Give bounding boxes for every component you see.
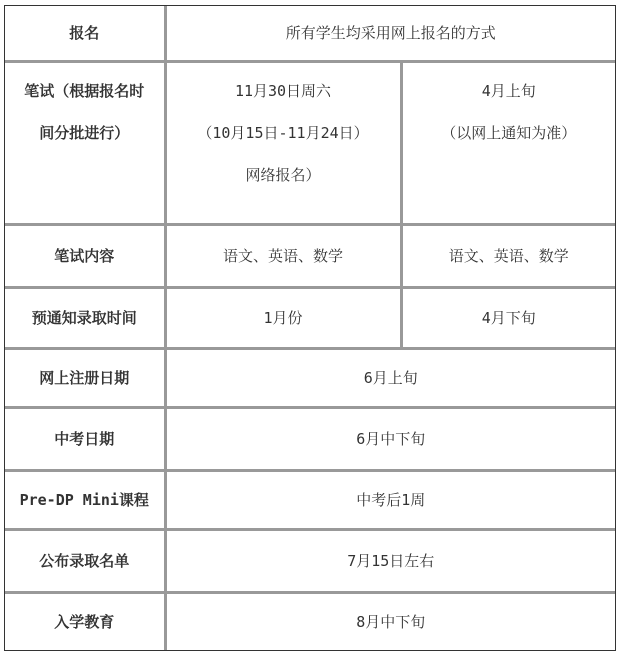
schedule-table: 报名 所有学生均采用网上报名的方式 笔试（根据报名时间分批进行） 11月30日周…: [5, 6, 615, 650]
row-zhongkao-date: 中考日期 6月中下旬: [5, 408, 615, 471]
row-prenotice-admission: 预通知录取时间 1月份 4月下旬: [5, 288, 615, 349]
batch1-line-1: 11月30日周六: [169, 79, 398, 103]
row-written-test-batch1: 11月30日周六 （10月15日-11月24日） 网络报名）: [165, 62, 401, 225]
row-predp-mini-course-label: Pre-DP Mini课程: [5, 471, 165, 530]
row-signup-value: 所有学生均采用网上报名的方式: [165, 6, 615, 62]
row-prenotice-admission-label: 预通知录取时间: [5, 288, 165, 349]
batch1-line-2: （10月15日-11月24日）: [169, 121, 398, 145]
row-written-test-label: 笔试（根据报名时间分批进行）: [5, 62, 165, 225]
row-enrollment-education-value: 8月中下旬: [165, 593, 615, 651]
row-signup: 报名 所有学生均采用网上报名的方式: [5, 6, 615, 62]
row-prenotice-admission-batch2: 4月下旬: [401, 288, 615, 349]
row-online-registration: 网上注册日期 6月上旬: [5, 349, 615, 408]
row-zhongkao-date-value: 6月中下旬: [165, 408, 615, 471]
batch1-line-3: 网络报名）: [169, 163, 398, 187]
row-test-content-label: 笔试内容: [5, 225, 165, 288]
admission-schedule-table: 报名 所有学生均采用网上报名的方式 笔试（根据报名时间分批进行） 11月30日周…: [4, 5, 616, 651]
row-signup-label: 报名: [5, 6, 165, 62]
row-predp-mini-course: Pre-DP Mini课程 中考后1周: [5, 471, 615, 530]
row-test-content: 笔试内容 语文、英语、数学 语文、英语、数学: [5, 225, 615, 288]
row-test-content-batch1: 语文、英语、数学: [165, 225, 401, 288]
batch2-line-2: （以网上通知为准）: [405, 121, 614, 145]
row-admission-list-value: 7月15日左右: [165, 530, 615, 593]
row-online-registration-value: 6月上旬: [165, 349, 615, 408]
row-predp-mini-course-value: 中考后1周: [165, 471, 615, 530]
row-online-registration-label: 网上注册日期: [5, 349, 165, 408]
row-admission-list-label: 公布录取名单: [5, 530, 165, 593]
row-enrollment-education-label: 入学教育: [5, 593, 165, 651]
row-written-test-batch2: 4月上旬 （以网上通知为准）: [401, 62, 615, 225]
row-prenotice-admission-batch1: 1月份: [165, 288, 401, 349]
row-zhongkao-date-label: 中考日期: [5, 408, 165, 471]
row-written-test: 笔试（根据报名时间分批进行） 11月30日周六 （10月15日-11月24日） …: [5, 62, 615, 225]
batch2-line-1: 4月上旬: [405, 79, 614, 103]
row-admission-list: 公布录取名单 7月15日左右: [5, 530, 615, 593]
row-enrollment-education: 入学教育 8月中下旬: [5, 593, 615, 651]
row-test-content-batch2: 语文、英语、数学: [401, 225, 615, 288]
